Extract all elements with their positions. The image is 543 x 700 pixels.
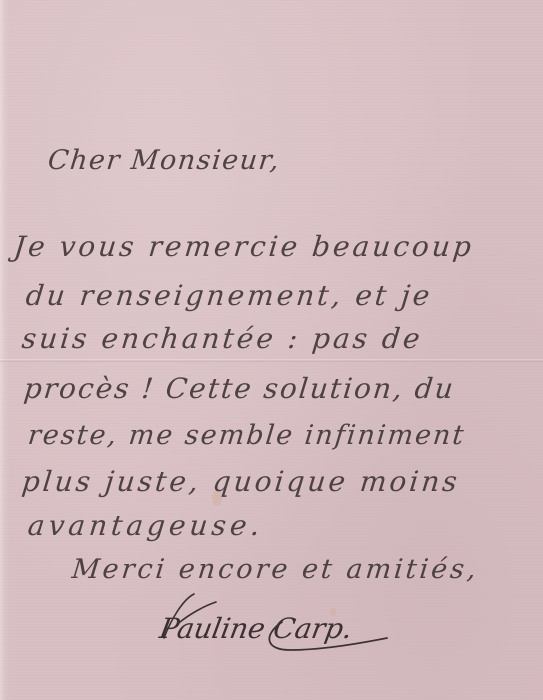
signature-capital-stroke — [160, 592, 220, 642]
letter-paper: Cher Monsieur, Je vous remercie beaucoup… — [0, 0, 543, 700]
signature-flourish — [262, 620, 392, 660]
fold-crease — [0, 359, 543, 362]
salutation: Cher Monsieur, — [46, 145, 281, 176]
closing-line: Merci encore et amitiés, — [70, 554, 480, 585]
body-line-2: du renseignement, et je — [24, 279, 434, 312]
body-line-3: suis enchantée : pas de — [20, 322, 424, 355]
body-line-6: plus juste, quoique moins — [20, 465, 461, 498]
body-line-4: procès ! Cette solution, du — [22, 372, 456, 405]
body-line-1: Je vous remercie beaucoup — [12, 230, 475, 263]
body-line-5: reste, me semble infiniment — [26, 420, 467, 451]
body-line-7: avantageuse. — [26, 509, 265, 542]
